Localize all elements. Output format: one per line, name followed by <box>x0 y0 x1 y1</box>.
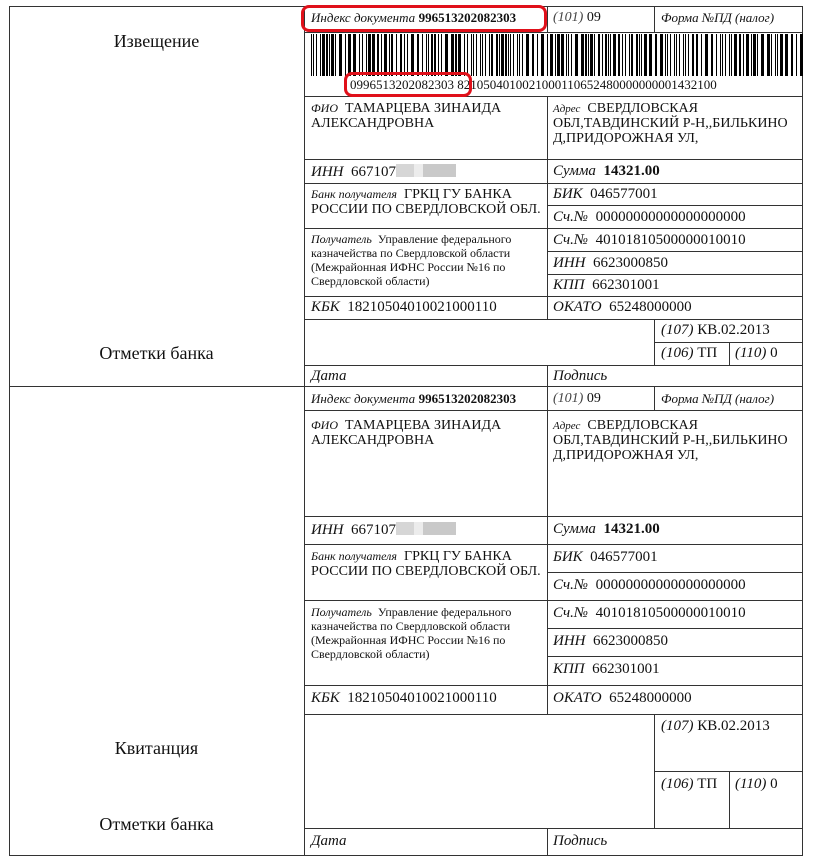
divider <box>547 410 548 714</box>
payer-address: Адрес СВЕРДЛОВСКАЯ ОБЛ,ТАВДИНСКИЙ Р-Н,,Б… <box>553 418 788 463</box>
bank-value: РОССИИ ПО СВЕРДЛОВСКОЙ ОБЛ. <box>311 202 541 217</box>
payment-sum: Сумма 14321.00 <box>553 522 660 537</box>
recipient-account: Сч.№ 40101810500000010010 <box>553 606 746 621</box>
fio-value: АЛЕКСАНДРОВНА <box>311 433 434 448</box>
okato-value: 65248000000 <box>609 690 692 706</box>
recipient-label: Получатель <box>311 605 372 619</box>
recipient-inn-label: ИНН <box>553 633 586 649</box>
field-101-value: 09 <box>587 391 601 406</box>
bik-label: БИК <box>553 186 583 202</box>
account-value: 40101810500000010010 <box>596 605 746 621</box>
form-name: Форма №ПД (налог) <box>661 10 774 25</box>
field-101-label: (101) <box>553 391 583 406</box>
signature-field: Подпись <box>553 834 607 849</box>
address-label: Адрес <box>553 103 580 115</box>
divider <box>547 6 548 32</box>
divider <box>654 714 655 828</box>
redacted-inn <box>396 522 456 535</box>
divider <box>547 572 803 573</box>
address-value: Д,ПРИДОРОЖНАЯ УЛ, <box>553 448 698 463</box>
document-index: Индекс документа 996513202082303 <box>311 391 516 407</box>
recipient-inn-label: ИНН <box>553 255 586 271</box>
fio-value: ТАМАРЦЕВА ЗИНАИДА <box>345 418 501 433</box>
field-110-label: (110) <box>735 345 766 361</box>
sum-label: Сумма <box>553 521 596 537</box>
kbk: КБК 18210504010021000110 <box>311 691 497 706</box>
corr-account-label: Сч.№ <box>553 577 588 593</box>
barcode <box>311 34 804 76</box>
address-value: Д,ПРИДОРОЖНАЯ УЛ, <box>553 131 698 146</box>
bik-value: 046577001 <box>590 549 658 565</box>
address-value: ОБЛ,ТАВДИНСКИЙ Р-Н,,БИЛЬКИНО <box>553 116 788 131</box>
field-110: (110) 0 <box>735 777 778 792</box>
bik: БИК 046577001 <box>553 187 658 202</box>
field-106: (106) ТП <box>661 346 717 361</box>
divider <box>304 600 803 601</box>
okato-label: ОКАТО <box>553 299 602 315</box>
kpp-label: КПП <box>553 661 585 677</box>
kpp-value: 662301001 <box>592 661 660 677</box>
form-name: Форма №ПД (налог) <box>661 391 774 406</box>
field-110-value: 0 <box>770 776 778 792</box>
bank-value: ГРКЦ ГУ БАНКА <box>404 187 512 202</box>
field-107-label: (107) <box>661 718 694 734</box>
divider <box>304 183 803 184</box>
divider <box>304 685 803 686</box>
payer-fio: ФИО ТАМАРЦЕВА ЗИНАИДА АЛЕКСАНДРОВНА <box>311 101 501 131</box>
document-index-label: Индекс документа <box>311 391 415 406</box>
field-101-label: (101) <box>553 10 583 25</box>
kbk: КБК 18210504010021000110 <box>311 300 497 315</box>
account-value: 40101810500000010010 <box>596 232 746 248</box>
account-label: Сч.№ <box>553 605 588 621</box>
field-106-label: (106) <box>661 776 694 792</box>
recipient-value: Управление федерального <box>378 605 512 619</box>
okato: ОКАТО 65248000000 <box>553 691 692 706</box>
notice-title: Извещение <box>9 31 304 52</box>
recipient-account: Сч.№ 40101810500000010010 <box>553 233 746 248</box>
recipient-value: казначейства по Свердловской области <box>311 619 510 633</box>
recipient-value: Свердловской области) <box>311 274 430 288</box>
recipient-value: Свердловской области) <box>311 647 430 661</box>
fio-label: ФИО <box>311 418 338 432</box>
kbk-value: 18210504010021000110 <box>347 690 496 706</box>
corr-account: Сч.№ 00000000000000000000 <box>553 578 746 593</box>
corr-account-value: 00000000000000000000 <box>596 209 746 225</box>
index-highlight <box>301 5 547 32</box>
bank-value: РОССИИ ПО СВЕРДЛОВСКОЙ ОБЛ. <box>311 564 541 579</box>
divider <box>304 365 803 366</box>
divider <box>547 828 548 856</box>
divider <box>547 628 803 629</box>
divider <box>729 771 730 828</box>
field-106-value: ТП <box>697 345 717 361</box>
divider <box>654 386 655 410</box>
divider <box>654 6 655 32</box>
inn-label: ИНН <box>311 522 344 538</box>
recipient-kpp: КПП 662301001 <box>553 662 660 677</box>
bik-value: 046577001 <box>590 186 658 202</box>
kbk-label: КБК <box>311 690 340 706</box>
payer-inn: ИНН 667107 <box>311 522 456 538</box>
barcode-index-highlight <box>344 72 472 97</box>
payer-inn: ИНН 667107 <box>311 164 456 180</box>
bik-label: БИК <box>553 549 583 565</box>
fio-value: ТАМАРЦЕВА ЗИНАИДА <box>345 101 501 116</box>
fio-value: АЛЕКСАНДРОВНА <box>311 116 434 131</box>
divider <box>304 228 803 229</box>
corr-account-label: Сч.№ <box>553 209 588 225</box>
field-107-value: КВ.02.2013 <box>697 322 770 338</box>
inn-value: 667107 <box>351 522 396 538</box>
receipt-bank-marks: Отметки банка <box>9 814 304 835</box>
divider <box>547 205 803 206</box>
date-field: Дата <box>311 834 347 849</box>
document-index-value: 996513202082303 <box>419 391 517 406</box>
divider <box>729 342 730 365</box>
recipient-kpp: КПП 662301001 <box>553 278 660 293</box>
divider <box>304 544 803 545</box>
address-value: СВЕРДЛОВСКАЯ <box>587 101 698 116</box>
recipient-label: Получатель <box>311 232 372 246</box>
field-106: (106) ТП <box>661 777 717 792</box>
recipient-inn: ИНН 6623000850 <box>553 256 668 271</box>
sum-value: 14321.00 <box>603 521 659 537</box>
divider <box>304 516 803 517</box>
field-107: (107) КВ.02.2013 <box>661 323 770 338</box>
divider <box>304 296 803 297</box>
divider <box>304 410 803 411</box>
recipient-inn-value: 6623000850 <box>593 255 668 271</box>
field-101: (101) 09 <box>553 391 601 406</box>
divider <box>304 714 803 715</box>
kbk-label: КБК <box>311 299 340 315</box>
divider <box>304 828 803 829</box>
divider <box>547 365 548 386</box>
field-106-label: (106) <box>661 345 694 361</box>
field-106-value: ТП <box>697 776 717 792</box>
recipient-value: казначейства по Свердловской области <box>311 246 510 260</box>
kpp-label: КПП <box>553 277 585 293</box>
corr-account: Сч.№ 00000000000000000000 <box>553 210 746 225</box>
sum-value: 14321.00 <box>603 163 659 179</box>
address-value: ОБЛ,ТАВДИНСКИЙ Р-Н,,БИЛЬКИНО <box>553 433 788 448</box>
bik: БИК 046577001 <box>553 550 658 565</box>
recipient: Получатель Управление федерального казна… <box>311 605 511 661</box>
sum-label: Сумма <box>553 163 596 179</box>
divider <box>547 386 548 410</box>
divider <box>547 656 803 657</box>
corr-account-value: 00000000000000000000 <box>596 577 746 593</box>
receipt-title: Квитанция <box>9 738 304 759</box>
divider <box>304 319 803 320</box>
recipient-inn: ИНН 6623000850 <box>553 634 668 649</box>
field-110-value: 0 <box>770 345 778 361</box>
okato-value: 65248000000 <box>609 299 692 315</box>
payer-address: Адрес СВЕРДЛОВСКАЯ ОБЛ,ТАВДИНСКИЙ Р-Н,,Б… <box>553 101 788 146</box>
field-101-value: 09 <box>587 10 601 25</box>
bank-label: Банк получателя <box>311 549 397 563</box>
field-110: (110) 0 <box>735 346 778 361</box>
date-field: Дата <box>311 369 347 384</box>
signature-field: Подпись <box>553 369 607 384</box>
recipient-bank: Банк получателя ГРКЦ ГУ БАНКА РОССИИ ПО … <box>311 549 541 579</box>
payment-sum: Сумма 14321.00 <box>553 164 660 179</box>
divider <box>547 96 548 319</box>
recipient-value: (Межрайонная ИФНС России №16 по <box>311 633 505 647</box>
okato: ОКАТО 65248000000 <box>553 300 692 315</box>
account-label: Сч.№ <box>553 232 588 248</box>
divider <box>304 159 803 160</box>
recipient-value: (Межрайонная ИФНС России №16 по <box>311 260 505 274</box>
divider <box>654 319 655 365</box>
recipient-inn-value: 6623000850 <box>593 633 668 649</box>
divider <box>9 386 803 387</box>
okato-label: ОКАТО <box>553 690 602 706</box>
field-110-label: (110) <box>735 776 766 792</box>
inn-value: 667107 <box>351 164 396 180</box>
notice-bank-marks: Отметки банка <box>9 343 304 364</box>
bank-value: ГРКЦ ГУ БАНКА <box>404 549 512 564</box>
kpp-value: 662301001 <box>592 277 660 293</box>
recipient-bank: Банк получателя ГРКЦ ГУ БАНКА РОССИИ ПО … <box>311 187 541 217</box>
payer-fio: ФИО ТАМАРЦЕВА ЗИНАИДА АЛЕКСАНДРОВНА <box>311 418 501 448</box>
kbk-value: 18210504010021000110 <box>347 299 496 315</box>
field-107: (107) КВ.02.2013 <box>661 719 770 734</box>
address-label: Адрес <box>553 420 580 432</box>
fio-label: ФИО <box>311 101 338 115</box>
address-value: СВЕРДЛОВСКАЯ <box>587 418 698 433</box>
inn-label: ИНН <box>311 164 344 180</box>
divider <box>547 274 803 275</box>
divider <box>304 32 803 33</box>
recipient-value: Управление федерального <box>378 232 512 246</box>
divider <box>304 6 305 856</box>
field-101: (101) 09 <box>553 10 601 25</box>
divider <box>547 251 803 252</box>
barcode-text-rest: 8210504010021000110652480000000001432100 <box>457 77 717 92</box>
redacted-inn <box>396 164 456 177</box>
bank-label: Банк получателя <box>311 187 397 201</box>
field-107-value: КВ.02.2013 <box>697 718 770 734</box>
field-107-label: (107) <box>661 322 694 338</box>
recipient: Получатель Управление федерального казна… <box>311 232 511 288</box>
